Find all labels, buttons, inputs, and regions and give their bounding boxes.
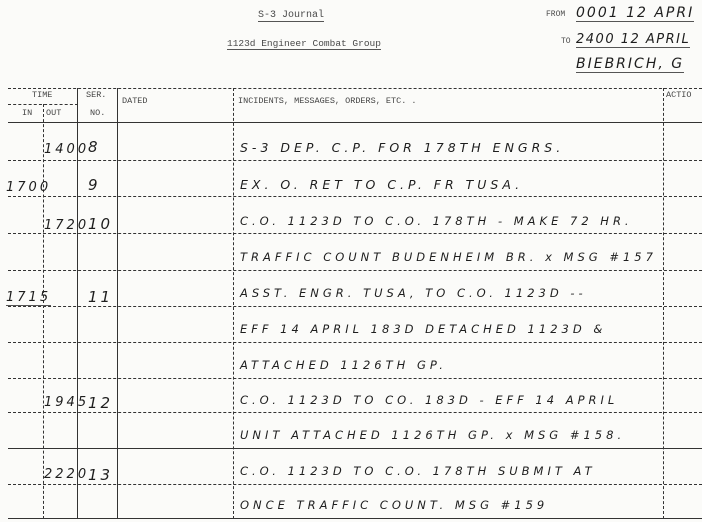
col-action: ACTIO (666, 90, 692, 100)
time-out: 1945 (44, 395, 89, 410)
message-line: ATTACHED 1126TH GP. (240, 358, 447, 372)
unit-name: 1123d Engineer Combat Group (227, 38, 381, 50)
row-rule (8, 270, 702, 271)
serial-number: 9 (88, 176, 101, 194)
col-incidents: INCIDENTS, MESSAGES, ORDERS, ETC. . (238, 96, 417, 106)
time-out: 1720 (44, 218, 89, 233)
to-value: 2400 12 APRIL (576, 32, 690, 48)
to-label: TO (561, 37, 571, 46)
message-line: ASST. ENGR. TUSA, TO C.O. 1123D -- (240, 286, 587, 300)
message-line: C.O. 1123D TO C.O. 178TH - MAKE 72 HR. (240, 214, 633, 228)
table-top-rule (8, 88, 702, 89)
row-rule (8, 484, 702, 485)
time-out: 1400 (44, 142, 89, 157)
col-time: TIME (32, 90, 52, 100)
message-line: C.O. 1123D TO C.O. 178TH SUBMIT AT (240, 464, 596, 478)
row-rule (8, 196, 702, 197)
message-line: TRAFFIC COUNT BUDENHEIM BR. x MSG #157 (240, 250, 657, 264)
in-out-divider (43, 104, 44, 519)
incidents-action-divider (663, 88, 664, 519)
row-rule (8, 342, 702, 343)
message-line: EFF 14 APRIL 183D DETACHED 1123D & (240, 322, 606, 336)
serial-number: 11 (88, 288, 113, 306)
row-rule (8, 448, 702, 449)
time-in: 1700 (6, 180, 51, 195)
message-line: UNIT ATTACHED 1126TH GP. x MSG #158. (240, 428, 625, 442)
row-rule (8, 306, 702, 307)
dated-incidents-divider (233, 88, 234, 519)
time-in: 1715 (6, 290, 51, 306)
col-ser: SER. (86, 90, 106, 100)
row-rule (8, 412, 702, 413)
row-rule (8, 518, 702, 519)
time-out: 2220 (44, 467, 89, 482)
row-rule (8, 378, 702, 379)
message-line: C.O. 1123D TO CO. 183D - EFF 14 APRIL (240, 393, 618, 407)
message-line: S-3 DEP. C.P. FOR 178TH ENGRS. (240, 140, 564, 155)
serial-number: 10 (88, 215, 113, 233)
from-label: FROM (546, 10, 565, 19)
row-rule (8, 233, 702, 234)
header-bottom-rule (8, 122, 702, 123)
col-in: IN (22, 108, 32, 118)
row-rule (8, 160, 702, 161)
journal-title: S-3 Journal (258, 10, 324, 22)
col-dated: DATED (122, 96, 148, 106)
col-no: NO. (90, 108, 105, 118)
serial-number: 8 (88, 138, 101, 156)
ser-dated-divider (117, 88, 118, 519)
col-out: OUT (46, 108, 61, 118)
message-line: ONCE TRAFFIC COUNT. MSG #159 (240, 498, 548, 512)
message-line: EX. O. RET TO C.P. FR TUSA. (240, 177, 523, 192)
place-value: BIEBRICH, G (576, 56, 684, 73)
from-value: 0001 12 APRI (576, 5, 694, 22)
serial-number: 13 (88, 466, 113, 484)
serial-number: 12 (88, 394, 113, 412)
